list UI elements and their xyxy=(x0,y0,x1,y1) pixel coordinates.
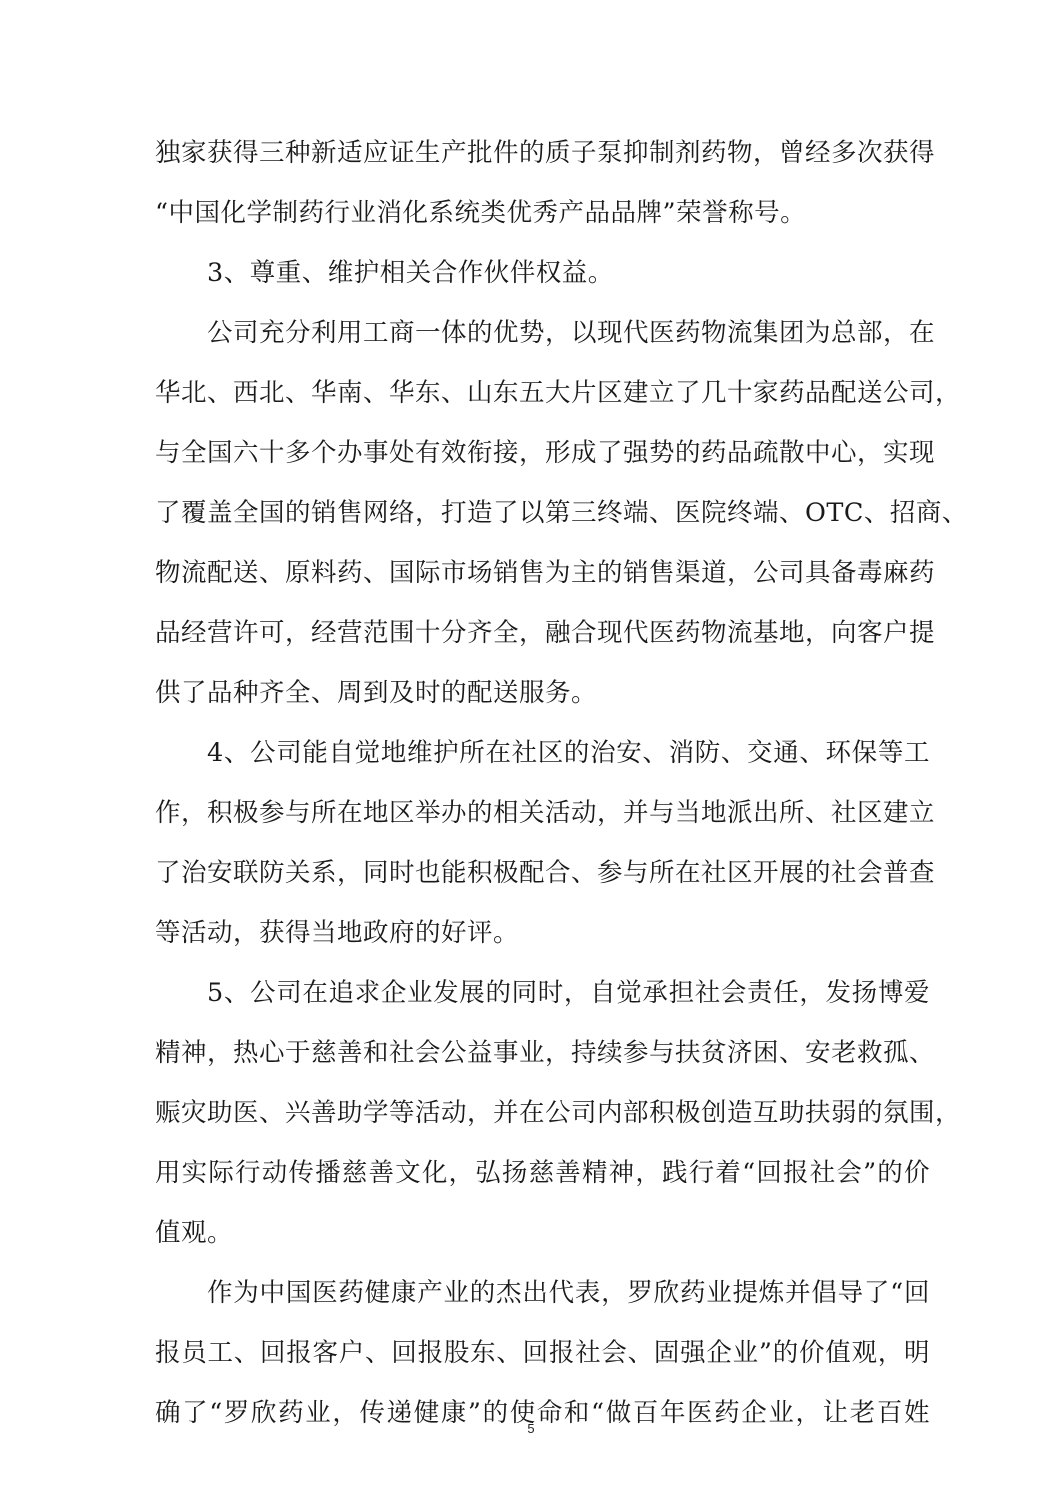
text-line: “中国化学制药行业消化系统类优秀产品品牌”荣誉称号。 xyxy=(155,183,930,243)
text-line: 作为中国医药健康产业的杰出代表，罗欣药业提炼并倡导了“回 xyxy=(155,1263,930,1323)
text-line: 公司充分利用工商一体的优势，以现代医药物流集团为总部，在 xyxy=(155,303,930,363)
paragraph-item-5-charity: 5、公司在追求企业发展的同时，自觉承担社会责任，发扬博爱 精神，热心于慈善和社会… xyxy=(155,963,930,1263)
text-line: 品经营许可，经营范围十分齐全，融合现代医药物流基地，向客户提 xyxy=(155,603,930,663)
text-line: 华北、西北、华南、华东、山东五大片区建立了几十家药品配送公司， xyxy=(155,363,930,423)
text-line: 精神，热心于慈善和社会公益事业，持续参与扶贫济困、安老救孤、 xyxy=(155,1023,930,1083)
text-line: 物流配送、原料药、国际市场销售为主的销售渠道，公司具备毒麻药 xyxy=(155,543,930,603)
text-line: 与全国六十多个办事处有效衔接，形成了强势的药品疏散中心，实现 xyxy=(155,423,930,483)
document-page: 独家获得三种新适应证生产批件的质子泵抑制剂药物，曾经多次获得 “中国化学制药行业… xyxy=(0,0,1062,1504)
text-line: 作，积极参与所在地区举办的相关活动，并与当地派出所、社区建立 xyxy=(155,783,930,843)
text-line: 赈灾助医、兴善助学等活动，并在公司内部积极创造互助扶弱的氛围， xyxy=(155,1083,930,1143)
text-line: 供了品种齐全、周到及时的配送服务。 xyxy=(155,663,930,723)
text-line: 3、尊重、维护相关合作伙伴权益。 xyxy=(155,243,930,303)
page-number: 5 xyxy=(0,1421,1062,1436)
text-line: 了覆盖全国的销售网络，打造了以第三终端、医院终端、OTC、招商、 xyxy=(155,483,930,543)
paragraph-continued-award: 独家获得三种新适应证生产批件的质子泵抑制剂药物，曾经多次获得 “中国化学制药行业… xyxy=(155,123,930,243)
text-line: 报员工、回报客户、回报股东、回报社会、固强企业”的价值观，明 xyxy=(155,1323,930,1383)
paragraph-item-4-community: 4、公司能自觉地维护所在社区的治安、消防、交通、环保等工 作，积极参与所在地区举… xyxy=(155,723,930,963)
text-line: 独家获得三种新适应证生产批件的质子泵抑制剂药物，曾经多次获得 xyxy=(155,123,930,183)
text-line: 等活动，获得当地政府的好评。 xyxy=(155,903,930,963)
text-line: 用实际行动传播慈善文化，弘扬慈善精神，践行着“回报社会”的价 xyxy=(155,1143,930,1203)
paragraph-distribution-network: 公司充分利用工商一体的优势，以现代医药物流集团为总部，在 华北、西北、华南、华东… xyxy=(155,303,930,723)
text-line: 5、公司在追求企业发展的同时，自觉承担社会责任，发扬博爱 xyxy=(155,963,930,1023)
document-body: 独家获得三种新适应证生产批件的质子泵抑制剂药物，曾经多次获得 “中国化学制药行业… xyxy=(155,123,930,1443)
paragraph-heading-3: 3、尊重、维护相关合作伙伴权益。 xyxy=(155,243,930,303)
text-line: 了治安联防关系，同时也能积极配合、参与所在社区开展的社会普查 xyxy=(155,843,930,903)
text-line: 4、公司能自觉地维护所在社区的治安、消防、交通、环保等工 xyxy=(155,723,930,783)
text-line: 值观。 xyxy=(155,1203,930,1263)
paragraph-values-mission: 作为中国医药健康产业的杰出代表，罗欣药业提炼并倡导了“回 报员工、回报客户、回报… xyxy=(155,1263,930,1443)
